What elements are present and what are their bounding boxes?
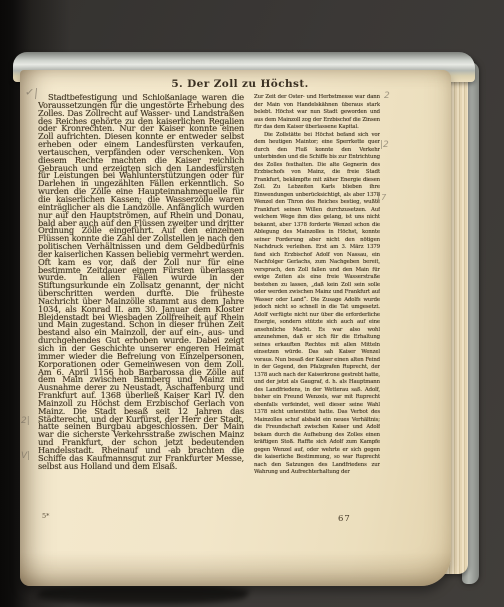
book-page: 5. Der Zoll zu Höchst. Stadtbefestigung … — [20, 70, 451, 586]
text-column-left: Stadtbefestigung und Schloßanlage waren … — [38, 94, 244, 518]
text-columns: Stadtbefestigung und Schloßanlage waren … — [38, 94, 384, 530]
chapter-heading: 5. Der Zoll zu Höchst. — [60, 78, 420, 90]
paragraph: Die Zollstätte bei Höchst befand sich vo… — [254, 132, 380, 477]
paragraph: Zur Zeit der Oster- und Herbstmesse war … — [254, 94, 380, 132]
book-cast-shadow — [35, 584, 251, 604]
book-photograph: 5. Der Zoll zu Höchst. Stadtbefestigung … — [0, 0, 504, 607]
paragraph: Stadtbefestigung und Schloßanlage waren … — [38, 94, 244, 471]
printers-signature-mark: 5* — [42, 512, 49, 520]
page-number: 67 — [338, 514, 351, 524]
text-column-right: Zur Zeit der Oster- und Herbstmesse war … — [254, 94, 380, 530]
